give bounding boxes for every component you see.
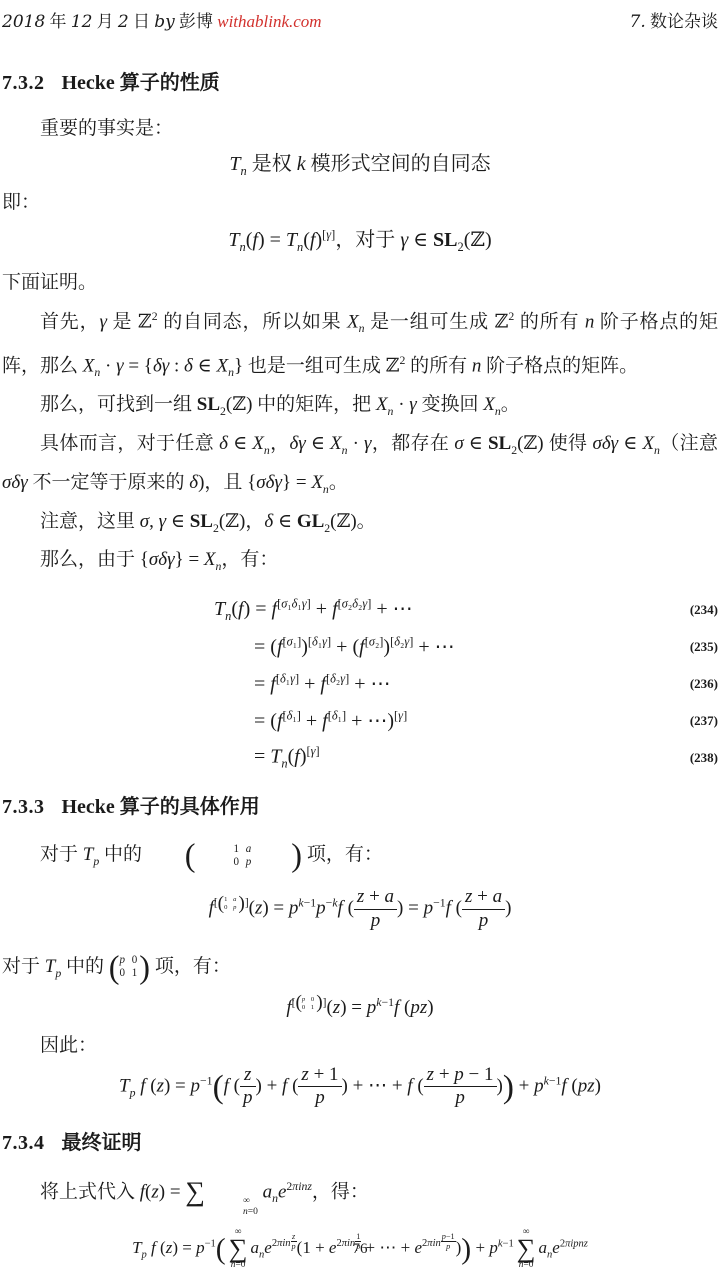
equation-number: (234) — [690, 602, 718, 618]
equation-235: = (f[σ₁])[δ₁γ] + (f[σ₂])[δ₂γ] + ⋯ (235) — [2, 628, 718, 665]
paragraph-fact-label: 重要的事实是： — [2, 113, 718, 145]
section-number: 7.3.3 — [2, 796, 45, 819]
section-number: 7.3.4 — [2, 1132, 45, 1155]
display-formula-2: f[(p 00 1)](z) = pk−1f (pz) — [2, 995, 718, 1019]
header-chapter: 7. 数论杂谈 — [630, 7, 718, 32]
header-date-author: 2018 年 12 月 2 日 by 彭博 withablink.com — [2, 7, 322, 32]
equation-234: Tn(f) = f[σ₁δ₁γ] + f[σ₂δ₂γ] + ⋯ (234) — [2, 591, 718, 628]
paragraph-since: 那么，由于 {σδγ} = Xn，有： — [2, 544, 718, 583]
section-heading-7-3-3: 7.3.3 Hecke 算子的具体作用 — [2, 790, 718, 819]
document-page: 2018 年 12 月 2 日 by 彭博 withablink.com 7. … — [0, 0, 720, 1268]
section-title: Hecke 算子的具体作用 — [62, 790, 260, 819]
display-formula-1: f[(1 a0 p)](z) = pk−1p−kf (z + ap) = p−1… — [2, 886, 718, 933]
equation-238: = Tn(f)[γ] (238) — [2, 739, 718, 776]
equation-number: (238) — [690, 750, 718, 766]
section-title: Hecke 算子的性质 — [62, 66, 220, 95]
header-date-author-text: 2018 年 12 月 2 日 by 彭博 — [2, 12, 217, 31]
equation-body: Tn(f) = f[σ₁δ₁γ] + f[σ₂δ₂γ] + ⋯ — [2, 596, 413, 624]
section-heading-7-3-4: 7.3.4 最终证明 — [2, 1126, 718, 1155]
display-formula-3: Tp f (z) = p−1(f (zp) + f (z + 1p) + ⋯ +… — [2, 1064, 718, 1111]
paragraph-tp-entry-1: 对于 Tp 中的 (1 a0 p) 项，有： — [2, 835, 718, 882]
display-equation-tn: Tn(f) = Tn(f)[γ]，对于 γ ∈ SL2(ℤ) — [2, 223, 718, 255]
display-fact: Tn 是权 k 模形式空间的自同态 — [2, 147, 718, 179]
equation-body: = (f[σ₁])[δ₁γ] + (f[σ₂])[δ₂γ] + ⋯ — [2, 634, 455, 659]
page-header: 2018 年 12 月 2 日 by 彭博 withablink.com 7. … — [2, 7, 718, 32]
section-title: 最终证明 — [62, 1126, 142, 1155]
paragraph-note: 注意，这里 σ, γ ∈ SL2(ℤ)，δ ∈ GL2(ℤ)。 — [2, 506, 718, 545]
section-heading-7-3-2: 7.3.2 Hecke 算子的性质 — [2, 66, 718, 95]
equation-number: (235) — [690, 639, 718, 655]
paragraph-substitute: 将上式代入 f(z) = ∑∞n=0 ane2πinz，得： — [2, 1171, 718, 1217]
page-number: 76 — [0, 1241, 720, 1258]
equation-236: = f[δ₁γ] + f[δ₂γ] + ⋯ (236) — [2, 665, 718, 702]
equation-number: (236) — [690, 676, 718, 692]
paragraph-then: 那么，可找到一组 SL2(ℤ) 中的矩阵，把 Xn · γ 变换回 Xn。 — [2, 389, 718, 428]
site-link[interactable]: withablink.com — [217, 12, 321, 31]
paragraph-specific: 具体而言，对于任意 δ ∈ Xn，δγ ∈ Xn · γ，都存在 σ ∈ SL2… — [2, 428, 718, 506]
paragraph-ji: 即： — [2, 187, 718, 219]
equation-body: = (f[δ₁] + f[δ₁] + ⋯)[γ] — [2, 708, 407, 733]
equation-block: Tn(f) = f[σ₁δ₁γ] + f[σ₂δ₂γ] + ⋯ (234) = … — [2, 591, 718, 776]
paragraph-tp-entry-2: 对于 Tp 中的 (p 00 1) 项，有： — [2, 947, 718, 994]
equation-body: = f[δ₁γ] + f[δ₂γ] + ⋯ — [2, 671, 391, 696]
equation-body: = Tn(f)[γ] — [2, 744, 320, 772]
equation-237: = (f[δ₁] + f[δ₁] + ⋯)[γ] (237) — [2, 702, 718, 739]
paragraph-therefore: 因此： — [2, 1030, 718, 1062]
equation-number: (237) — [690, 713, 718, 729]
paragraph-below-proof: 下面证明。 — [2, 267, 718, 299]
paragraph-first: 首先，γ 是 ℤ2 的自同态，所以如果 Xn 是一组可生成 ℤ2 的所有 n 阶… — [2, 301, 718, 389]
section-number: 7.3.2 — [2, 72, 45, 95]
